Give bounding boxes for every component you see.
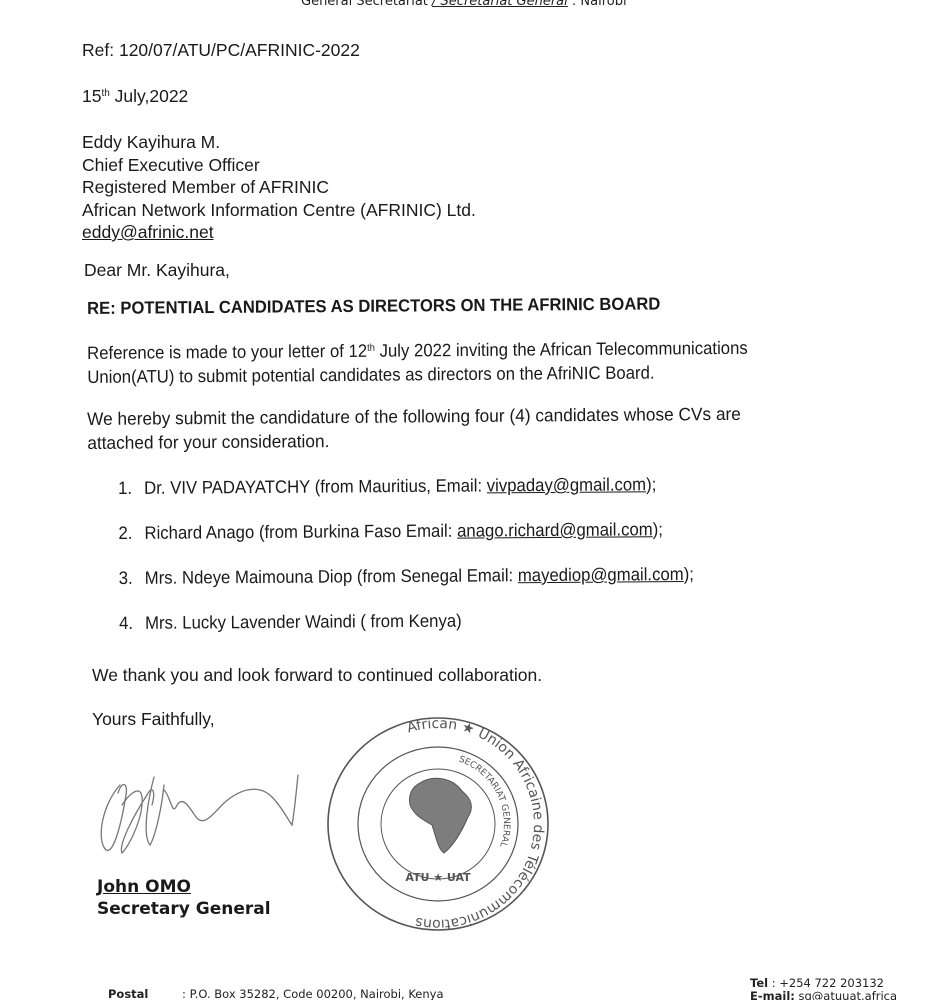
para1-sup: th [367, 343, 375, 354]
africa-map-icon [409, 778, 471, 853]
recipient-organization: African Network Information Centre (AFRI… [82, 199, 476, 222]
stamp-center-text: ATU ★ UAT [405, 871, 471, 884]
candidate-text: Mrs. Ndeye Maimouna Diop (from Senegal E… [145, 565, 518, 588]
letterhead-secretariat: General Secretariat / Secrétariat Généra… [301, 0, 627, 9]
postal-separator: : [182, 987, 186, 1000]
list-item: 2.Richard Anago (from Burkina Faso Email… [118, 517, 694, 566]
paragraph-reference: Reference is made to your letter of 12th… [87, 336, 748, 389]
postal-label: Postal [108, 987, 148, 1000]
email-label: E-mail: [750, 989, 795, 1000]
secretariat-french: / Secrétariat Général [432, 0, 568, 9]
list-item: 3.Mrs. Ndeye Maimouna Diop (from Senegal… [119, 562, 695, 611]
official-stamp: African ★ Union Africaine des Télécommun… [322, 713, 554, 940]
tel-value: : +254 722 203132 [772, 976, 884, 990]
footer-email[interactable]: sg@atuuat.africa [799, 989, 898, 1000]
subject-line: RE: POTENTIAL CANDIDATES AS DIRECTORS ON… [87, 293, 660, 319]
para1-line2: Union(ATU) to submit potential candidate… [87, 360, 748, 389]
postal-address: P.O. Box 35282, Code 00200, Nairobi, Ken… [190, 987, 444, 1000]
thanks-line: We thank you and look forward to continu… [92, 665, 542, 686]
recipient-title: Chief Executive Officer [82, 154, 476, 177]
date-rest: July,2022 [110, 86, 188, 106]
recipient-email-link[interactable]: eddy@afrinic.net [82, 222, 214, 242]
para2-line1: We hereby submit the candidature of the … [87, 402, 741, 431]
candidate-end: ); [653, 519, 663, 539]
candidate-list: 1.Dr. VIV PADAYATCHY (from Mauritius, Em… [118, 472, 694, 656]
item-number: 3. [119, 566, 145, 590]
secretariat-city: : Nairobi [572, 0, 627, 9]
candidate-text: Dr. VIV PADAYATCHY (from Mauritius, Emai… [144, 475, 487, 497]
signer-name: John OMO [97, 876, 271, 898]
date-suffix: th [101, 88, 109, 99]
salutation: Dear Mr. Kayihura, [84, 260, 230, 281]
recipient-membership: Registered Member of AFRINIC [82, 176, 476, 199]
candidate-email-link[interactable]: anago.richard@gmail.com [457, 519, 653, 540]
item-number: 4. [119, 611, 145, 635]
recipient-address: Eddy Kayihura M. Chief Executive Officer… [82, 131, 476, 244]
list-item: 1.Dr. VIV PADAYATCHY (from Mauritius, Em… [118, 472, 694, 521]
secretariat-english: General Secretariat [301, 0, 428, 9]
para1-text-a: Reference is made to your letter of 12 [87, 341, 367, 363]
candidate-end: ); [684, 564, 694, 584]
letter-date: 15th July,2022 [82, 86, 188, 107]
reference-number: Ref: 120/07/ATU/PC/AFRINIC-2022 [82, 40, 360, 61]
item-number: 2. [118, 521, 144, 545]
closing-line: Yours Faithfully, [92, 709, 215, 730]
candidate-text: Richard Anago (from Burkina Faso Email: [144, 521, 457, 543]
handwritten-signature [92, 765, 317, 870]
item-number: 1. [118, 476, 144, 500]
tel-label: Tel [750, 976, 768, 990]
candidate-email-link[interactable]: mayediop@gmail.com [518, 564, 684, 585]
candidate-end: ); [646, 474, 656, 494]
paragraph-submission: We hereby submit the candidature of the … [87, 402, 741, 455]
candidate-text: Mrs. Lucky Lavender Waindi ( from Kenya) [145, 611, 462, 633]
footer-postal: Postal : P.O. Box 35282, Code 00200, Nai… [108, 987, 444, 1000]
recipient-name: Eddy Kayihura M. [82, 131, 476, 154]
para2-line2: attached for your consideration. [87, 426, 741, 455]
para1-text-b: July 2022 inviting the African Telecommu… [375, 338, 748, 361]
list-item: 4.Mrs. Lucky Lavender Waindi ( from Keny… [119, 607, 695, 656]
signer-title: Secretary General [97, 898, 271, 920]
candidate-email-link[interactable]: vivpaday@gmail.com [487, 474, 646, 495]
signer-block: John OMO Secretary General [97, 876, 271, 920]
footer-contact: Tel : +254 722 203132 E-mail: sg@atuuat.… [750, 977, 897, 1000]
date-day: 15 [82, 86, 101, 106]
